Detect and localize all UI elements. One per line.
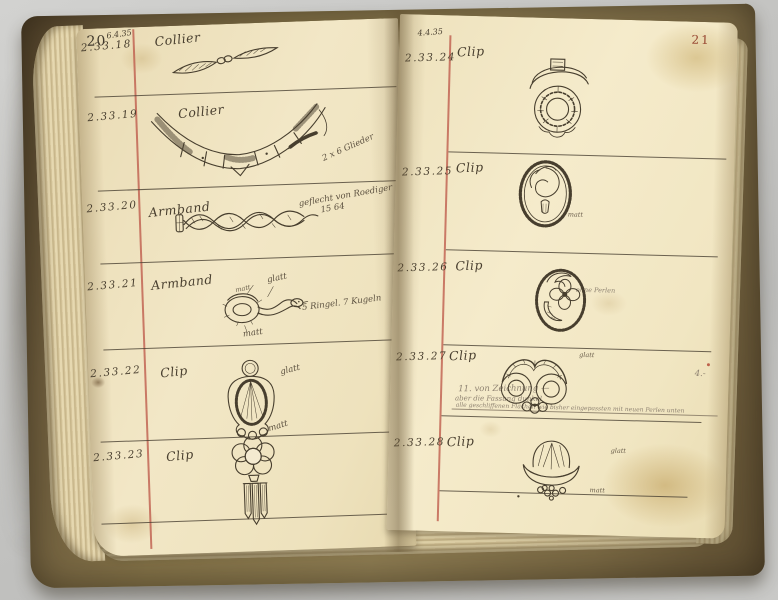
entry-number: 2.33.22 (90, 365, 142, 380)
flower-oval-brooch-sketch (530, 262, 592, 336)
swirl-oval-brooch-sketch (514, 153, 576, 233)
shell-brooch-sketch (512, 436, 589, 506)
entry-number: 2.33.20 (86, 200, 138, 215)
right-page-date: 4.4.35 (417, 28, 443, 38)
entry-label: Clip (166, 448, 195, 463)
entry-number: 2.33.21 (87, 278, 139, 293)
pretzel-brooch-sketch (492, 352, 579, 416)
book-gutter-crease (384, 10, 414, 552)
row-divider (95, 86, 397, 98)
row-divider (443, 344, 711, 352)
red-ink-speck (707, 363, 710, 366)
right-page-number: 21 (691, 34, 711, 47)
annotation: matt (590, 487, 605, 494)
annotation: glatt (611, 448, 627, 455)
entry-label: Clip (449, 349, 477, 363)
annotation: 15 64 (320, 202, 345, 215)
entry-label: Clip (456, 161, 484, 175)
row-divider (448, 151, 726, 159)
entry-number: 2.33.19 (87, 109, 139, 124)
entry-label: Clip (160, 365, 189, 380)
snake-bracelet-sketch (199, 275, 311, 337)
annotation: glatt (579, 352, 595, 359)
photo-of-open-ledger-book: 20 6.4.35 2.33.18 2.33.19 2.33.20 2.33.2… (0, 0, 778, 600)
annotation: 5 Ringel. 7 Kugeln (302, 294, 382, 312)
entry-number: 2.33.18 (80, 39, 132, 54)
ring-brooch-sketch (517, 52, 599, 142)
left-page: 20 6.4.35 2.33.18 2.33.19 2.33.20 2.33.2… (76, 18, 416, 557)
entry-label: Clip (457, 45, 485, 59)
entry-label: Clip (455, 259, 483, 273)
entry-number: 2.33.23 (93, 449, 145, 464)
flower-tassel-brooch-sketch (218, 436, 291, 530)
right-page: 4.4.35 21 2.33.24 2.33.25 2.33.26 2.33.2… (386, 14, 737, 539)
annotation: 4.- (695, 370, 706, 379)
row-divider (446, 249, 718, 257)
braided-bracelet-sketch (171, 198, 322, 245)
row-divider (100, 253, 402, 265)
necklace-sketch (143, 101, 335, 180)
oval-wreath-brooch-sketch (215, 355, 288, 445)
row-divider (103, 339, 405, 351)
entry-label: Collier (154, 31, 201, 48)
row-divider (441, 415, 701, 423)
entry-label: Clip (447, 435, 475, 449)
